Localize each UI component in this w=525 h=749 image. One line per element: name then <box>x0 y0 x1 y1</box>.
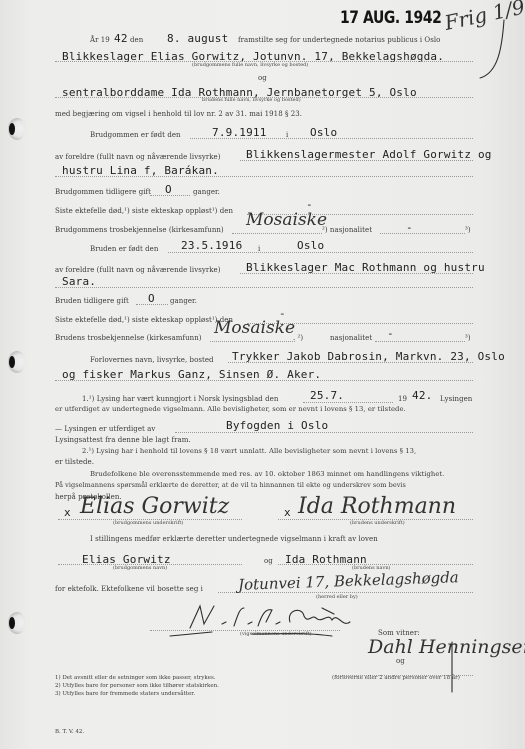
bride-born-label: Bruden er født den <box>90 245 158 253</box>
groom-nationality-note: ³) <box>465 226 471 234</box>
groom-signature: Elias Gorwitz <box>80 494 229 519</box>
groom-faith-label: Brudgommens trosbekjennelse (kirkesamfun… <box>55 226 224 234</box>
pronouncement-text: I stillingens medfør erklærte deretter u… <box>90 535 378 543</box>
year-value: 42 <box>114 32 128 45</box>
footnote-2: 2) Utfylles bare for personer som ikke t… <box>55 683 219 689</box>
pronounced-og: og <box>264 557 273 565</box>
banns-cert-text: Lysingsattest fra denne ble lagt fram. <box>55 436 191 444</box>
bride-caption: brudens fulle navn, livsyrke og bosted) <box>202 97 301 103</box>
groom-caption: (brudgommens fulle navn, livsyrke og bos… <box>192 62 308 68</box>
bride-in-label: i <box>258 245 260 253</box>
banns-p1-year-prefix: 19 <box>398 395 407 403</box>
groom-in-label: i <box>286 131 288 139</box>
pen-stroke-mark <box>468 18 508 78</box>
groom-born-date: 7.9.1911 <box>212 126 267 139</box>
residence-value: Jotunvei 17, Bekkelagshøgda <box>238 568 459 594</box>
bride-signature: Ida Rothmann <box>298 494 456 519</box>
pen-stroke-mark <box>448 640 458 700</box>
banns-p1-year: 42. <box>412 389 432 402</box>
witness-signature: Dahl Henningsen <box>368 636 525 658</box>
bride-faith-sep: . ²) <box>293 334 303 342</box>
witness-caption: (forloverne eller 2 andre personer over … <box>332 675 460 681</box>
intro-text: framstilte seg for undertegnede notarius… <box>238 36 440 44</box>
banns-p1-line2: er utferdiget av undertegnede vigselmann… <box>55 405 406 413</box>
groom-x-mark: x <box>64 506 71 519</box>
bride-signature-caption: (brudens underskrift) <box>350 520 405 526</box>
banns-issued-value: Byfogden i Oslo <box>226 419 328 432</box>
banns-issued-label: — Lysingen er utferdiget av <box>55 425 155 433</box>
bride-dissolved-label: Siste ektefelle død,¹) siste ekteskap op… <box>55 316 233 324</box>
groom-married-count: O <box>165 183 172 196</box>
groom-faith-value: Mosaiske <box>246 210 327 230</box>
bride-nationality-value: - <box>387 327 394 340</box>
year-prefix: År 19 <box>90 36 110 44</box>
banns-p2-line2: er tilstede. <box>55 458 94 466</box>
bride-nationality-note: ³) <box>465 334 471 342</box>
den-label: den <box>130 36 143 44</box>
og-connector: og <box>258 74 267 82</box>
bride-nationality-label: nasjonalitet <box>330 334 372 342</box>
witnesses-label: Forlovernes navn, livsyrke, bosted <box>90 356 214 364</box>
officiant-caption: (vigselmannens underskrift) <box>240 631 312 637</box>
bride-faith-value: Mosaiske <box>214 318 295 338</box>
date-stamp: 17 AUG. 1942 <box>340 8 441 28</box>
declaration-line1: Brudefolkene ble overensstemmende med re… <box>90 470 444 478</box>
residence-label: for ektefolk. Ektefolkene vil bosette se… <box>55 585 203 593</box>
declaration-line2: På vigselmannens spørsmål erklærte de de… <box>55 481 406 489</box>
banns-p2-line1: 2.¹) Lysing har i henhold til lovens § 1… <box>82 447 416 455</box>
groom-married-label: Brudgommen tidligere gift <box>55 188 151 196</box>
date-value: 8. august <box>167 32 228 45</box>
groom-born-place: Oslo <box>310 126 337 139</box>
punch-hole <box>8 118 26 140</box>
banns-p1-suffix: Lysingen <box>440 395 472 403</box>
groom-dissolved-label: Siste ektefelle død,¹) siste ekteskap op… <box>55 207 233 215</box>
bride-x-mark: x <box>284 506 291 519</box>
bride-parents-label: av foreldre (fullt navn og nåværende liv… <box>55 266 221 274</box>
bride-born-date: 23.5.1916 <box>181 239 242 252</box>
footnote-3: 3) Utfylles bare for fremmede staters un… <box>55 691 195 697</box>
bride-married-count: O <box>148 292 155 305</box>
groom-born-label: Brudgommen er født den <box>90 131 181 139</box>
request-text: med begjæring om vigsel i henhold til lo… <box>55 110 302 118</box>
witness-og: og <box>396 657 405 665</box>
banns-p1-date: 25.7. <box>310 389 344 402</box>
footnote-1: 1) Det avsnitt eller de setninger som ik… <box>55 675 216 681</box>
punch-hole <box>8 351 26 373</box>
banns-p1-prefix: 1.¹) Lysing har vært kunngjort i Norsk l… <box>82 395 278 403</box>
groom-signature-caption: (brudgommens underskrift) <box>113 520 183 526</box>
bride-times-label: ganger. <box>170 297 197 305</box>
pronounced-groom-caption: (brudgommens navn) <box>113 565 167 571</box>
form-code: B. T. V. 42. <box>55 729 84 735</box>
marriage-record-page: 17 AUG. 1942 Frig 1/9. År 19 42 den 8. a… <box>0 0 525 749</box>
groom-nationality-value: - <box>406 221 413 234</box>
groom-nationality-label: ²) nasjonalitet <box>322 226 372 234</box>
groom-times-label: ganger. <box>193 188 220 196</box>
bride-faith-label: Brudens trosbekjennelse (kirkesamfunn) <box>55 334 202 342</box>
groom-parents-label: av foreldre (fullt navn og nåværende liv… <box>55 153 221 161</box>
punch-hole <box>8 612 26 634</box>
bride-born-place: Oslo <box>297 239 324 252</box>
bride-married-label: Bruden tidligere gift <box>55 297 129 305</box>
